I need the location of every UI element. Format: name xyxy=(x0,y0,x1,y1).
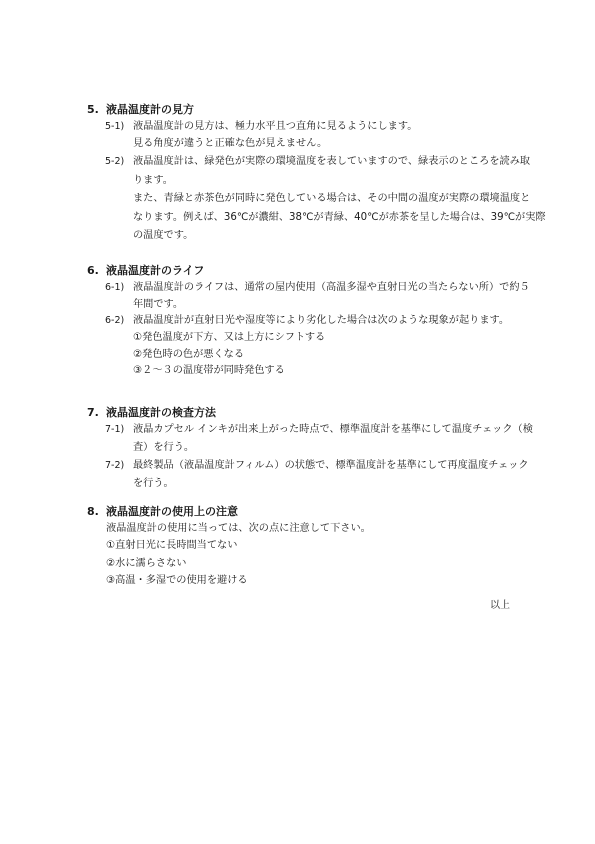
closing-mark: 以上 xyxy=(490,596,510,611)
section-number: 8. xyxy=(87,504,106,520)
text-line: 見る角度が違うと正確な色が見えません。 xyxy=(133,135,537,152)
text-line: 液晶温度計が直射日光や湿度等により劣化した場合は次のような現象が起ります。 xyxy=(133,313,537,330)
section-6: 6.液晶温度計のライフ 6-1) 液晶温度計のライフは、通常の屋内使用（高温多湿… xyxy=(87,263,537,380)
section-title: 液晶温度計の使用上の注意 xyxy=(106,505,238,518)
item-label: 5-2) xyxy=(105,153,124,172)
text-line: 液晶温度計のライフは、通常の屋内使用（高温多湿や直射日光の当たらない所）で約５ xyxy=(133,279,537,296)
text-line: なります。例えば、36℃が濃紺、38℃が青緑、40℃が赤茶を呈した場合は、39℃… xyxy=(133,209,537,228)
list-item: ②水に濡らさない xyxy=(106,555,537,572)
text-line: 年間です。 xyxy=(133,296,537,313)
list-item: ③高温・多湿での使用を避ける xyxy=(106,572,537,589)
item-6-2: 6-2) 液晶温度計が直射日光や湿度等により劣化した場合は次のような現象が起りま… xyxy=(87,313,537,380)
section-title: 液晶温度計の検査方法 xyxy=(106,406,216,419)
text-line: を行う。 xyxy=(133,475,537,493)
section-heading: 7.液晶温度計の検査方法 xyxy=(87,405,537,421)
item-label: 5-1) xyxy=(105,118,124,135)
text-line: 査）を行う。 xyxy=(133,439,537,457)
text-line: ③２～３の温度帯が同時発色する xyxy=(133,363,537,380)
text-line: 液晶カプセル インキが出来上がった時点で、標準温度計を基準にして温度チェック（検 xyxy=(133,421,537,439)
item-5-2: 5-2) 液晶温度計は、緑発色が実際の環境温度を表していますので、緑表示のところ… xyxy=(87,153,537,246)
list-item: ①直射日光に長時間当てない xyxy=(106,537,537,554)
text-line: の温度です。 xyxy=(133,227,537,246)
section-heading: 5.液晶温度計の見方 xyxy=(87,102,537,118)
section-number: 7. xyxy=(87,405,106,421)
document-page: 5.液晶温度計の見方 5-1) 液晶温度計の見方は、極力水平且つ直角に見るように… xyxy=(0,0,595,844)
item-label: 6-1) xyxy=(105,279,124,296)
item-7-1: 7-1) 液晶カプセル インキが出来上がった時点で、標準温度計を基準にして温度チ… xyxy=(87,421,537,457)
text-line: ①発色温度が下方、又は上方にシフトする xyxy=(133,330,537,347)
text-line: また、青緑と赤茶色が同時に発色している場合は、その中間の温度が実際の環境温度と xyxy=(133,190,537,209)
section-title: 液晶温度計の見方 xyxy=(106,103,194,116)
notes-list: 液晶温度計の使用に当っては、次の点に注意して下さい。 ①直射日光に長時間当てない… xyxy=(87,520,537,589)
text-line: ②発色時の色が悪くなる xyxy=(133,347,537,364)
section-heading: 8.液晶温度計の使用上の注意 xyxy=(87,504,537,520)
section-heading: 6.液晶温度計のライフ xyxy=(87,263,537,279)
section-5: 5.液晶温度計の見方 5-1) 液晶温度計の見方は、極力水平且つ直角に見るように… xyxy=(87,102,537,246)
section-number: 6. xyxy=(87,263,106,279)
text-line: 液晶温度計の見方は、極力水平且つ直角に見るようにします。 xyxy=(133,118,537,135)
section-7: 7.液晶温度計の検査方法 7-1) 液晶カプセル インキが出来上がった時点で、標… xyxy=(87,405,537,493)
section-8: 8.液晶温度計の使用上の注意 液晶温度計の使用に当っては、次の点に注意して下さい… xyxy=(87,504,537,589)
text-line: 最終製品（液晶温度計フィルム）の状態で、標準温度計を基準にして再度温度チェック xyxy=(133,457,537,475)
item-label: 7-2) xyxy=(105,457,124,475)
text-line: 液晶温度計は、緑発色が実際の環境温度を表していますので、緑表示のところを読み取 xyxy=(133,153,537,172)
section-title: 液晶温度計のライフ xyxy=(106,264,204,277)
item-label: 6-2) xyxy=(105,313,124,330)
text-line: ります。 xyxy=(133,172,537,191)
item-label: 7-1) xyxy=(105,421,124,439)
item-5-1: 5-1) 液晶温度計の見方は、極力水平且つ直角に見るようにします。 見る角度が違… xyxy=(87,118,537,152)
item-6-1: 6-1) 液晶温度計のライフは、通常の屋内使用（高温多湿や直射日光の当たらない所… xyxy=(87,279,537,313)
item-7-2: 7-2) 最終製品（液晶温度計フィルム）の状態で、標準温度計を基準にして再度温度… xyxy=(87,457,537,493)
text-line: 液晶温度計の使用に当っては、次の点に注意して下さい。 xyxy=(106,520,537,537)
section-number: 5. xyxy=(87,102,106,118)
